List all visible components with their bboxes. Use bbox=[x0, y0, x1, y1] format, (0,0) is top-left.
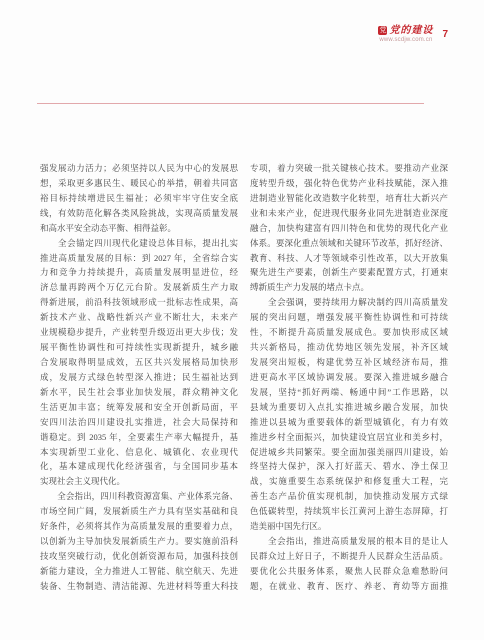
text-line: 合发展取得明显成效，五区共兴发展格局加快形 bbox=[40, 355, 238, 370]
text-line: 本实现新型工业化、信息化、城镇化、农业现代 bbox=[40, 445, 238, 460]
text-line: 力和竞争力持续提升，高质量发展明显进位，经 bbox=[40, 265, 238, 280]
text-line: 发展突出短板，构建优势互补区域经济布局，推 bbox=[250, 355, 448, 370]
text-line: 线，有效防范化解各类风险挑战，实现高质量发展 bbox=[40, 206, 238, 221]
text-line: 得新进展，前沿科技领域形成一批标志性成果，高 bbox=[40, 295, 238, 310]
text-line: 裕目标持续增进民生福祉；必须牢牢守住安全底 bbox=[40, 191, 238, 206]
magazine-logo: 党 党的建设 www.scdjw.com.cn bbox=[378, 25, 433, 44]
text-line: 化，基本建成现代化经济强省，与全国同步基本 bbox=[40, 459, 238, 474]
party-seal-icon: 党 bbox=[378, 26, 387, 35]
text-line: 业规模稳步提升，产业转型升级迈出更大步伐；发 bbox=[40, 325, 238, 340]
text-line: 专项，着力突破一批关键核心技术。要推动产业深 bbox=[250, 161, 448, 176]
text-line: 进制造业智能化改造数字化转型，培育壮大新兴产 bbox=[250, 191, 448, 206]
article-body: 强发展动力活力；必须坚持以人民为中心的发展思 想，采取更多惠民生、暖民心的举措，… bbox=[40, 161, 448, 594]
text-line: 推进乡村全面振兴，加快建设宜居宜业和美乡村， bbox=[250, 430, 448, 445]
text-line: 要优化公共服务体系，聚焦人民群众急难愁盼问 bbox=[250, 564, 448, 579]
text-line: 全会锚定四川现代化建设总体目标，提出扎实 bbox=[40, 236, 238, 251]
masthead-title: 党的建设 bbox=[389, 25, 433, 36]
text-column-right: 专项，着力突破一批关键核心技术。要推动产业深 度转型升级，强化特色优势产业科技赋… bbox=[250, 161, 448, 594]
text-line: 促进城乡共同繁荣。要全面加强美丽四川建设，始 bbox=[250, 445, 448, 460]
text-line: 教育、科技、人才等领域牵引性改革，以大开放集 bbox=[250, 251, 448, 266]
text-line: 市场空间广阔，发展新质生产力具有坚实基础和良 bbox=[40, 504, 238, 519]
text-line: 展平衡性协调性和可持续性实现新提升，城乡融 bbox=[40, 340, 238, 355]
text-line: 性，不断提升高质量发展成色。要加快形成区域 bbox=[250, 325, 448, 340]
text-line: 谐稳定。到 2035 年，全要素生产率大幅提升，基 bbox=[40, 430, 238, 445]
text-line: 度转型升级，强化特色优势产业科技赋能，深入推 bbox=[250, 176, 448, 191]
text-line: 县域为重要切入点扎实推进城乡融合发展，加快 bbox=[250, 400, 448, 415]
text-line: 善生态产品价值实现机制，加快推动发展方式绿 bbox=[250, 489, 448, 504]
text-line: 和高水平安全动态平衡、相得益彰。 bbox=[40, 221, 238, 236]
text-line: 进更高水平区域协调发展。要深入推进城乡融合 bbox=[250, 370, 448, 385]
text-line: 全会强调，要持续用力解决制约四川高质量发 bbox=[250, 295, 448, 310]
text-line: 战，实施重要生态系统保护和修复重大工程，完 bbox=[250, 474, 448, 489]
text-line: 技攻坚突破行动，优化创新资源布局，加强科技创 bbox=[40, 549, 238, 564]
text-line: 展的突出问题，增强发展平衡性协调性和可持续 bbox=[250, 310, 448, 325]
text-line: 新水平，民生社会事业加快发展，群众精神文化 bbox=[40, 385, 238, 400]
text-line: 业和未来产业，促进现代服务业同先进制造业深度 bbox=[250, 206, 448, 221]
text-line: 体系。要深化重点领域和关键环节改革，抓好经济、 bbox=[250, 236, 448, 251]
text-line: 民群众过上好日子，不断提升人民群众生活品质。 bbox=[250, 549, 448, 564]
text-line: 想，采取更多惠民生、暖民心的举措，朝着共同富 bbox=[40, 176, 238, 191]
text-line: 终坚持大保护，深入打好蓝天、碧水、净土保卫 bbox=[250, 459, 448, 474]
text-line: 聚先进生产要素，创新生产要素配置方式，打通束 bbox=[250, 265, 448, 280]
text-line: 造美丽中国先行区。 bbox=[250, 519, 448, 534]
text-line: 缚新质生产力发展的堵点卡点。 bbox=[250, 280, 448, 295]
text-line: 融合，加快构建富有四川特色和优势的现代化产业 bbox=[250, 221, 448, 236]
text-line: 装备、生物制造、清洁能源、先进材料等重大科技 bbox=[40, 579, 238, 594]
website-url: www.scdjw.com.cn bbox=[379, 37, 432, 44]
text-line: 济总量再跨两个万亿元台阶。发展新质生产力取 bbox=[40, 280, 238, 295]
text-line: 安四川法治四川建设扎实推进，社会大局保持和 bbox=[40, 415, 238, 430]
text-line: 全会指出，四川科教资源富集、产业体系完备、 bbox=[40, 489, 238, 504]
text-line: 推进以县城为重要载体的新型城镇化，有力有效 bbox=[250, 415, 448, 430]
text-line: 实现社会主义现代化。 bbox=[40, 474, 238, 489]
text-line: 强发展动力活力；必须坚持以人民为中心的发展思 bbox=[40, 161, 238, 176]
text-line: 好条件，必须将其作为高质量发展的重要着力点， bbox=[40, 519, 238, 534]
text-line: 发展，坚持“抓好两端、畅通中间”工作思路，以 bbox=[250, 385, 448, 400]
page-header: 党 党的建设 www.scdjw.com.cn 7 bbox=[378, 25, 448, 44]
text-line: 题，在就业、教育、医疗、养老、育幼等方面推 bbox=[250, 579, 448, 594]
text-line: 共兴新格局，推动优势地区领先发展，补齐区域 bbox=[250, 340, 448, 355]
header-rule-line bbox=[37, 103, 424, 104]
text-line: 新技术产业、战略性新兴产业不断壮大，未来产 bbox=[40, 310, 238, 325]
text-line: 生活更加丰富；统筹发展和安全开创新局面，平 bbox=[40, 400, 238, 415]
text-line: 推进高质量发展的目标：到 2027 年，全省综合实 bbox=[40, 251, 238, 266]
page-number: 7 bbox=[442, 29, 448, 40]
text-line: 以创新为主导加快发展新质生产力。要实施前沿科 bbox=[40, 534, 238, 549]
text-column-left: 强发展动力活力；必须坚持以人民为中心的发展思 想，采取更多惠民生、暖民心的举措，… bbox=[40, 161, 238, 594]
text-line: 色低碳转型，持续筑牢长江黄河上游生态屏障，打 bbox=[250, 504, 448, 519]
text-line: 成，发展方式绿色转型深入推进；民生福祉达到 bbox=[40, 370, 238, 385]
text-line: 新能力建设，全力推进人工智能、航空航天、先进 bbox=[40, 564, 238, 579]
magazine-page: 党 党的建设 www.scdjw.com.cn 7 强发展动力活力；必须坚持以人… bbox=[0, 0, 484, 640]
text-line: 全会指出，推进高质量发展的根本目的是让人 bbox=[250, 534, 448, 549]
